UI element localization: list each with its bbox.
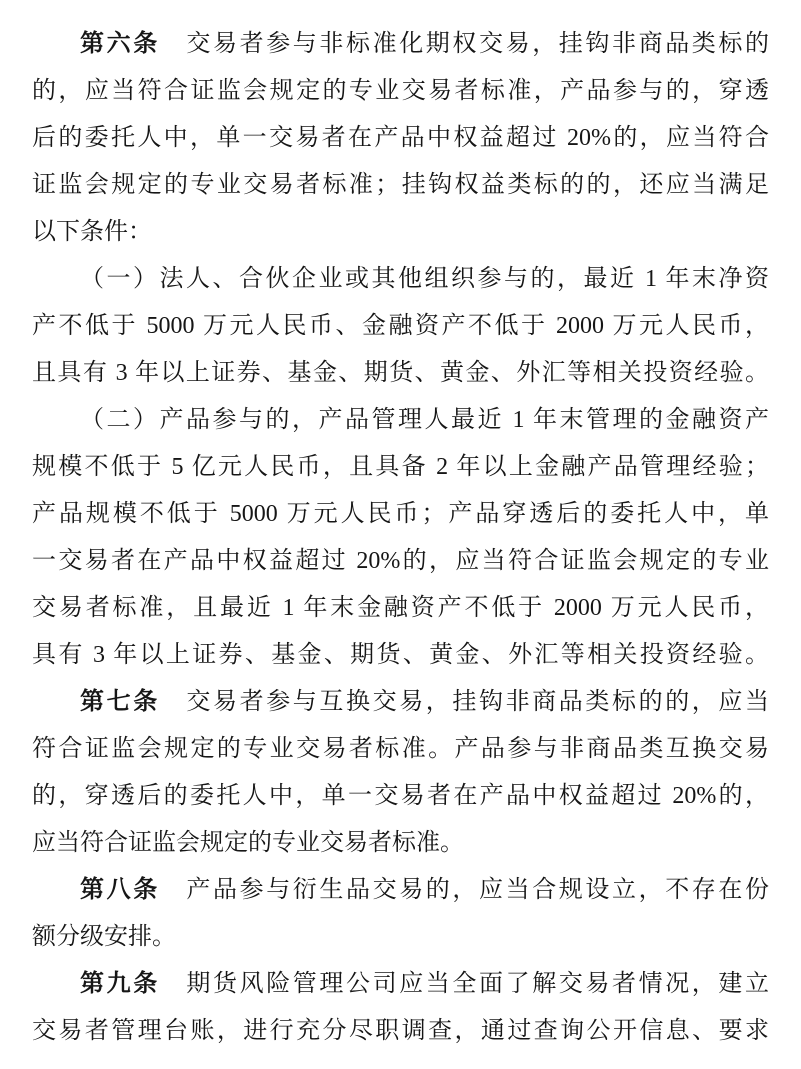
- text-line: 后的委托人中，单一交易者在产品中权益超过 20%的，应当符合: [32, 115, 769, 162]
- text-segment: 产品参与衍生品交易的，应当合规设立，不存在份: [160, 877, 769, 903]
- text-line: 且具有 3 年以上证券、基金、期货、黄金、外汇等相关投资经验。: [32, 350, 769, 397]
- text-segment: 的，应当符合证监会规定的专业交易者标准，产品参与的，穿透: [32, 78, 769, 104]
- text-segment: 额分级安排。: [32, 924, 176, 950]
- text-line: 应当符合证监会规定的专业交易者标准。: [32, 820, 769, 867]
- text-segment: 具有 3 年以上证券、基金、期货、黄金、外汇等相关投资经验。: [32, 642, 769, 668]
- text-line: 一交易者在产品中权益超过 20%的，应当符合证监会规定的专业: [32, 538, 769, 585]
- text-segment: 符合证监会规定的专业交易者标准。产品参与非商品类互换交易: [32, 736, 769, 762]
- article-number: 第七条: [80, 689, 160, 715]
- text-segment: 交易者标准，且最近 1 年末金融资产不低于 2000 万元人民币，: [32, 595, 769, 621]
- text-segment: 且具有 3 年以上证券、基金、期货、黄金、外汇等相关投资经验。: [32, 360, 769, 386]
- text-segment: 后的委托人中，单一交易者在产品中权益超过 20%的，应当符合: [32, 125, 769, 151]
- text-line: 的，应当符合证监会规定的专业交易者标准，产品参与的，穿透: [32, 68, 769, 115]
- text-line: 产品规模不低于 5000 万元人民币；产品穿透后的委托人中，单: [32, 491, 769, 538]
- text-line: 证监会规定的专业交易者标准；挂钩权益类标的的，还应当满足: [32, 162, 769, 209]
- article-number: 第八条: [80, 877, 160, 903]
- text-line: （二）产品参与的，产品管理人最近 1 年末管理的金融资产: [32, 397, 769, 444]
- text-line: 交易者管理台账，进行充分尽职调查，通过查询公开信息、要求: [32, 1008, 769, 1055]
- document-body: 第六条 交易者参与非标准化期权交易，挂钩非商品类标的的，应当符合证监会规定的专业…: [32, 21, 769, 1055]
- paragraph: 第七条 交易者参与互换交易，挂钩非商品类标的的，应当符合证监会规定的专业交易者标…: [32, 679, 769, 867]
- paragraph: （一）法人、合伙企业或其他组织参与的，最近 1 年末净资产不低于 5000 万元…: [32, 256, 769, 397]
- paragraph: 第八条 产品参与衍生品交易的，应当合规设立，不存在份额分级安排。: [32, 867, 769, 961]
- article-number: 第九条: [80, 971, 160, 997]
- text-segment: 一交易者在产品中权益超过 20%的，应当符合证监会规定的专业: [32, 548, 769, 574]
- text-line: 第七条 交易者参与互换交易，挂钩非商品类标的的，应当: [32, 679, 769, 726]
- text-line: 具有 3 年以上证券、基金、期货、黄金、外汇等相关投资经验。: [32, 632, 769, 679]
- paragraph: 第六条 交易者参与非标准化期权交易，挂钩非商品类标的的，应当符合证监会规定的专业…: [32, 21, 769, 256]
- text-segment: 应当符合证监会规定的专业交易者标准。: [32, 830, 464, 856]
- text-segment: 证监会规定的专业交易者标准；挂钩权益类标的的，还应当满足: [32, 172, 769, 198]
- text-segment: 产品规模不低于 5000 万元人民币；产品穿透后的委托人中，单: [32, 501, 769, 527]
- text-line: 以下条件：: [32, 209, 769, 256]
- text-line: 的，穿透后的委托人中，单一交易者在产品中权益超过 20%的，: [32, 773, 769, 820]
- text-segment: 规模不低于 5 亿元人民币，且具备 2 年以上金融产品管理经验；: [32, 454, 769, 480]
- text-segment: 交易者管理台账，进行充分尽职调查，通过查询公开信息、要求: [32, 1018, 769, 1044]
- paragraph: 第九条 期货风险管理公司应当全面了解交易者情况，建立交易者管理台账，进行充分尽职…: [32, 961, 769, 1055]
- text-line: 第八条 产品参与衍生品交易的，应当合规设立，不存在份: [32, 867, 769, 914]
- text-line: （一）法人、合伙企业或其他组织参与的，最近 1 年末净资: [32, 256, 769, 303]
- text-line: 第六条 交易者参与非标准化期权交易，挂钩非商品类标的: [32, 21, 769, 68]
- document-page: 第六条 交易者参与非标准化期权交易，挂钩非商品类标的的，应当符合证监会规定的专业…: [0, 0, 801, 1069]
- article-number: 第六条: [80, 31, 160, 57]
- text-segment: （一）法人、合伙企业或其他组织参与的，最近 1 年末净资: [80, 266, 769, 292]
- paragraph: （二）产品参与的，产品管理人最近 1 年末管理的金融资产规模不低于 5 亿元人民…: [32, 397, 769, 679]
- text-line: 产不低于 5000 万元人民币、金融资产不低于 2000 万元人民币，: [32, 303, 769, 350]
- text-segment: 交易者参与非标准化期权交易，挂钩非商品类标的: [160, 31, 769, 57]
- text-line: 规模不低于 5 亿元人民币，且具备 2 年以上金融产品管理经验；: [32, 444, 769, 491]
- text-line: 额分级安排。: [32, 914, 769, 961]
- text-line: 交易者标准，且最近 1 年末金融资产不低于 2000 万元人民币，: [32, 585, 769, 632]
- text-segment: 期货风险管理公司应当全面了解交易者情况，建立: [160, 971, 769, 997]
- text-segment: 的，穿透后的委托人中，单一交易者在产品中权益超过 20%的，: [32, 783, 769, 809]
- text-line: 符合证监会规定的专业交易者标准。产品参与非商品类互换交易: [32, 726, 769, 773]
- text-segment: 交易者参与互换交易，挂钩非商品类标的的，应当: [160, 689, 769, 715]
- text-segment: 以下条件：: [32, 219, 152, 245]
- text-segment: （二）产品参与的，产品管理人最近 1 年末管理的金融资产: [80, 407, 769, 433]
- text-line: 第九条 期货风险管理公司应当全面了解交易者情况，建立: [32, 961, 769, 1008]
- text-segment: 产不低于 5000 万元人民币、金融资产不低于 2000 万元人民币，: [32, 313, 769, 339]
